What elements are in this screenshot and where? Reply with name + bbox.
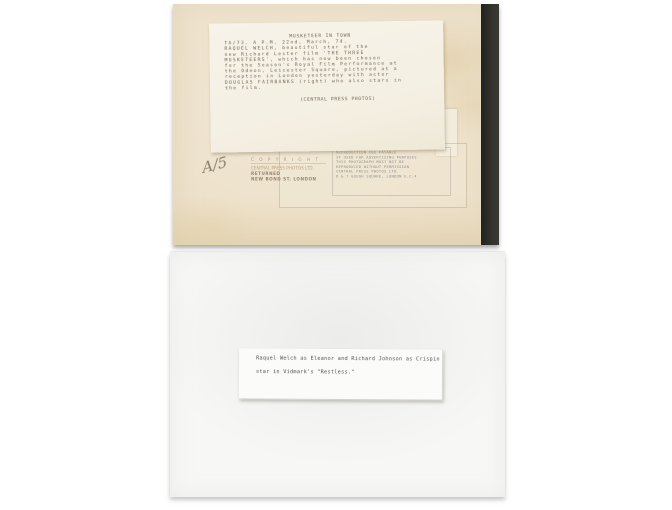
copyright-stamp-right: REPRODUCTION FEE PAYABLE IF USED FOR ADV… [336, 150, 446, 195]
typed-caption-label-bottom: Raquel Welch as Eleanor and Richard John… [239, 348, 443, 400]
press-photo-back-top: REPRODUCTION FEE PAYABLE IF USED FOR ADV… [173, 4, 499, 245]
scan-background: REPRODUCTION FEE PAYABLE IF USED FOR ADV… [0, 0, 672, 510]
typed-caption-text-bottom: Raquel Welch as Eleanor and Richard John… [239, 348, 442, 399]
stamp-rule [251, 164, 326, 165]
photo-black-edge-strip [481, 4, 499, 245]
caption-line: Raquel Welch as Eleanor and Richard John… [256, 355, 442, 362]
typed-caption-text: MUSKETEER IN TOWN TA/73. A P.M. 22nd, Ma… [209, 20, 445, 152]
pencil-notation: A/5 [201, 153, 228, 177]
caption-credit: (CENTRAL PRESS PHOTOS) [300, 95, 444, 103]
stamp-line: C O P Y R I G H T [251, 157, 351, 163]
caption-line: star in Vidmark's "Restless." [256, 368, 442, 375]
stamp-line: 6 & 7 GOUGH SQUARE, LONDON E.C.4 [336, 174, 446, 179]
stamp-line: NEW BOND ST. LONDON [251, 177, 351, 183]
agency-stamp-left: C O P Y R I G H T CENTRAL PRESS PHOTOS L… [251, 157, 351, 207]
press-photo-back-bottom: Raquel Welch as Eleanor and Richard John… [170, 252, 505, 497]
typed-caption-label-top: MUSKETEER IN TOWN TA/73. A P.M. 22nd, Ma… [209, 20, 445, 152]
